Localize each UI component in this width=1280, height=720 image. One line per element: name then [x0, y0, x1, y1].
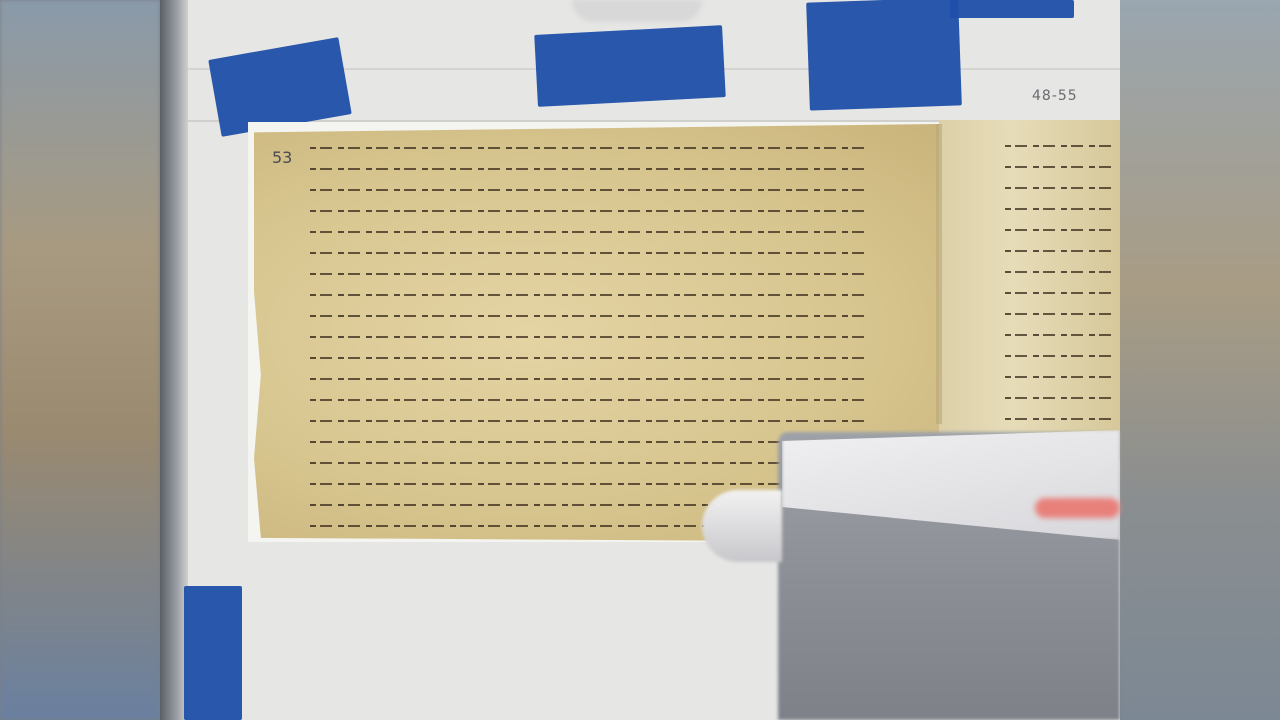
- blue-tape-top-center: [534, 25, 726, 107]
- board-label: 48-55: [1032, 88, 1078, 104]
- blue-tape-top-right: [806, 0, 962, 111]
- manuscript-fold: [936, 124, 942, 424]
- overhead-lamp: [572, 0, 702, 22]
- syriac-script-block-right: [1005, 126, 1115, 446]
- blurred-background-left: [0, 0, 160, 720]
- imaging-device-indicator: [1035, 498, 1120, 518]
- folio-number: 53: [272, 148, 292, 167]
- blue-tape-bottom-left: [184, 586, 242, 720]
- imaging-device-lens: [702, 490, 782, 562]
- blurred-background-right: [1120, 0, 1280, 720]
- blue-tape-top-right-strip: [950, 0, 1074, 18]
